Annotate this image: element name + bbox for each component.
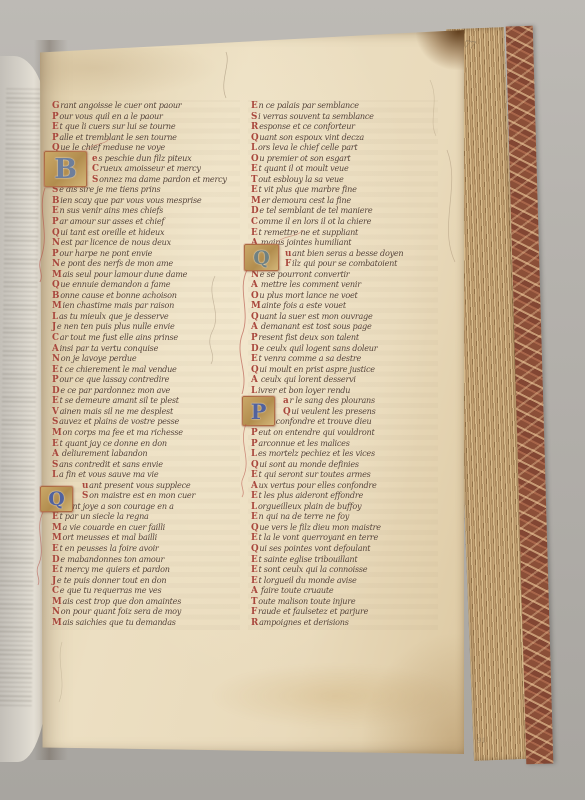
verse-line: Grant angoisse le cuer ont paour [52,100,242,111]
verse-line: Avoir confondre et trouve dieu [251,416,449,427]
verse-line: Pour harpe ne pont envie [52,248,242,259]
verse-line: Non je lavoye perdue [52,353,242,364]
verse-line: A mains jointes humiliant [251,237,449,248]
verse-line: Que vers le filz dieu mon maistre [251,522,449,533]
rubricated-line-initial: A [251,280,259,290]
verse-line: A ceulx qui lorent desservi [251,374,449,385]
verse-line: Fraude et faulsetez et parjure [251,606,449,617]
verse-line: Car tout me fust elle ains prinse [52,332,242,343]
verse-line: Je te puis donner tout en don [52,575,242,586]
rubricated-line-initial: M [52,270,63,280]
verse-line: A mettre les comment venir [251,279,449,290]
verse-line: Qui moult en prist aspre justice [251,364,449,375]
verse-line: En qui na de terre ne foy [251,511,449,522]
rubricated-line-initial: N [52,607,61,617]
rubricated-line-initial: C [52,333,60,343]
verse-line: Mon corps ma fee et ma richesse [52,427,242,438]
corner-pencil-mark: 91 [477,737,486,745]
verse-line: Si verras souvent ta semblance [251,111,449,122]
verse-line: uant present vous supplece [52,480,242,491]
verse-line: Sauvez et plains de vostre pesse [52,416,242,427]
verse-line: Qui sont au monde definies [251,459,449,470]
verse-line: Bonne cause et bonne achoison [52,290,242,301]
rubricated-line-initial: N [251,270,260,280]
rubricated-line-initial: M [52,618,63,628]
verse-line: En sus venir ains mes chiefs [52,205,242,216]
rubricated-line-initial: M [52,597,63,607]
rubricated-line-initial: A [251,322,259,332]
verse-line: Aux vertus pour elles confondre [251,480,449,491]
verse-line: Response et ce conforteur [251,121,449,132]
verse-line: Et se demeure amant sil te plest [52,395,242,406]
rubricated-line-initial: N [52,259,61,269]
verse-line: Mais cest trop que don amaintes [52,596,242,607]
rubricated-line-initial: B [52,196,60,206]
rubricated-line-initial: M [251,301,262,311]
parchment-stain [360,632,470,762]
rubricated-line-initial: A [251,586,259,596]
verse-line: ar le sang des plourans [251,395,449,406]
rubricated-line-initial: M [251,196,262,206]
rubricated-line-initial: F [251,607,258,617]
rubricated-line-initial: M [52,301,63,311]
verse-line: Et remettre ne et suppliant [251,227,449,238]
verse-line: Les mortelz pechiez et les vices [251,448,449,459]
illuminated-initial-q-left: Q [40,486,73,512]
verse-line: Nest par licence de nous deux [52,237,242,248]
rubricated-line-initial: A [52,344,60,354]
rubricated-line-initial: R [251,122,259,132]
rubricated-line-initial: C [92,164,100,174]
illuminated-initial-b: B [44,151,87,187]
verse-line: Las tu mieulx que je desserve [52,311,242,322]
verse-line: Vainen mais sil ne me desplest [52,406,242,417]
verse-line: Lorgueilleux plain de buffoy [251,501,449,512]
verse-line: Ou plus mort lance ne voet [251,290,449,301]
verse-line: Son maistre est en mon cuer [52,490,242,501]
verse-line: Et mercy me quiers et pardon [52,564,242,575]
rubricated-line-initial: L [251,502,258,512]
verse-line: Ma vie couarde en cuer failli [52,522,242,533]
verse-line: uant bien seras a besse doyen [251,248,449,259]
verse-line: Je nen ten puis plus nulle envie [52,321,242,332]
verse-line: Et venra comme a sa destre [251,353,449,364]
rubricated-line-initial: A [251,481,259,491]
verse-line: Et les plus aideront effondre [251,490,449,501]
rubricated-line-initial: C [251,217,259,227]
rubricated-line-initial: L [251,449,258,459]
verse-line: Quant la suer est mon ouvrage [251,311,449,322]
verse-line: Mais seul pour lamour dune dame [52,269,242,280]
verse-line: Qui veulent les presens [251,406,449,417]
rubricated-line-initial: R [251,618,259,628]
verse-line: Et quant il ot moult veue [251,163,449,174]
verse-line: Parconnue et les malices [251,438,449,449]
manuscript-photo: Grant angoisse le cuer ont paourPour vou… [0,0,585,800]
verse-line: De mabandonnes ton amour [52,554,242,565]
verse-line: De tel semblant de tel maniere [251,205,449,216]
illuminated-initial-q-right: Q [244,244,279,271]
verse-line: Mort meusses et mal bailli [52,532,242,543]
verse-line: Et sont ceulx qui la connoisse [251,564,449,575]
rubricated-line-initial: B [52,291,60,301]
rubricated-line-initial: N [52,238,61,248]
rubricated-line-initial: A [251,375,259,385]
verse-line: Qui ses pointes vont defoulant [251,543,449,554]
rubricated-line-initial: F [285,259,292,269]
verse-line: Lors leva le chief celle part [251,142,449,153]
verse-line: Ou premier ot son esgart [251,153,449,164]
parchment-stain [40,48,220,98]
verse-line: Toute malison toute injure [251,596,449,607]
verse-line: Et par un siecle la regna [52,511,242,522]
verse-line: Et lorgueil du monde avise [251,575,449,586]
verse-line: Ne se pourront convertir [251,269,449,280]
verse-line: Et quant jay ce donne en don [52,438,242,449]
verse-line: Et sainte eglise tribouillant [251,554,449,565]
rubricated-line-initial: M [52,428,63,438]
verse-line: La fin et vous sauve ma vie [52,469,242,480]
verse-line: Et que li cuers sur lui se tourne [52,121,242,132]
verse-line: Ce que tu requerras me ves [52,585,242,596]
verse-line: Livrer et bon loyer rendu [251,385,449,396]
rubricated-line-initial: V [52,407,60,417]
verse-line: Mien chastime mais par raison [52,300,242,311]
verse-line: Palle et tremblant le sen tourne [52,132,242,143]
verse-line: Et ce chierement le mal vendue [52,364,242,375]
verse-line: Quant son espoux vint decza [251,132,449,143]
verse-line: Ne pont des nerfs de mon ame [52,258,242,269]
verse-line: Et en peusses la foire avoir [52,543,242,554]
verse-line: De ce par pardonnez mon ave [52,385,242,396]
verse-line: Ainsi par ta vertu conquise [52,343,242,354]
verse-line: Peut on entendre qui vouldront [251,427,449,438]
verse-line: Mais saichies que tu demandas [52,617,242,628]
verse-line: Que ennuie demandon a fame [52,279,242,290]
verse-line: Bien scay que par vous vous mesprise [52,195,242,206]
verse-line: Filz qui pour se combatoient [251,258,449,269]
verse-line: Present fist deux son talent [251,332,449,343]
verse-line: Par amour sur asses et chief [52,216,242,227]
verse-line: Et tant joye a son courage en a [52,501,242,512]
verse-line: Et vit plus que marbre fine [251,184,449,195]
verse-line: En ce palais par semblance [251,100,449,111]
illuminated-initial-p-right: P [242,396,275,426]
verse-line: Rampoignes et derisions [251,617,449,628]
verse-line: Qui tant est oreille et hideux [52,227,242,238]
rubricated-line-initial: C [52,586,60,596]
verse-line: Et qui seront sur toutes armes [251,469,449,480]
verse-line: Sans contredit et sans envie [52,459,242,470]
rubricated-line-initial: L [52,470,59,480]
rubricated-line-initial: L [251,386,258,396]
rubricated-line-initial: L [52,312,59,322]
verse-line: A deliurement labandon [52,448,242,459]
verse-line: Pour ce que lassay contredire [52,374,242,385]
verse-line: De ceulx quil logent sans doleur [251,343,449,354]
rubricated-line-initial: A [52,449,60,459]
verse-line: A faire toute cruaute [251,585,449,596]
verse-line: Non pour quant foiz sera de moy [52,606,242,617]
verse-line: Tout esblouy la sa veue [251,174,449,185]
text-column-right: En ce palais par semblanceSi verras souv… [251,100,449,627]
folio-number: 77 [463,39,475,51]
rubricated-line-initial: M [52,523,63,533]
verse-line: Mainte fois a este vouet [251,300,449,311]
rubricated-line-initial: L [251,143,258,153]
rubricated-line-initial: N [52,354,61,364]
verse-line: Comme il en lors il ot la chiere [251,216,449,227]
corner-stain [416,26,468,70]
verse-line: Et la le vont querroyant en terre [251,532,449,543]
verse-line: Pour vous quil en a le paour [52,111,242,122]
verse-line: Mer demoura cest la fine [251,195,449,206]
verse-line: A demanant est tost sous page [251,321,449,332]
rubricated-line-initial: M [52,533,63,543]
